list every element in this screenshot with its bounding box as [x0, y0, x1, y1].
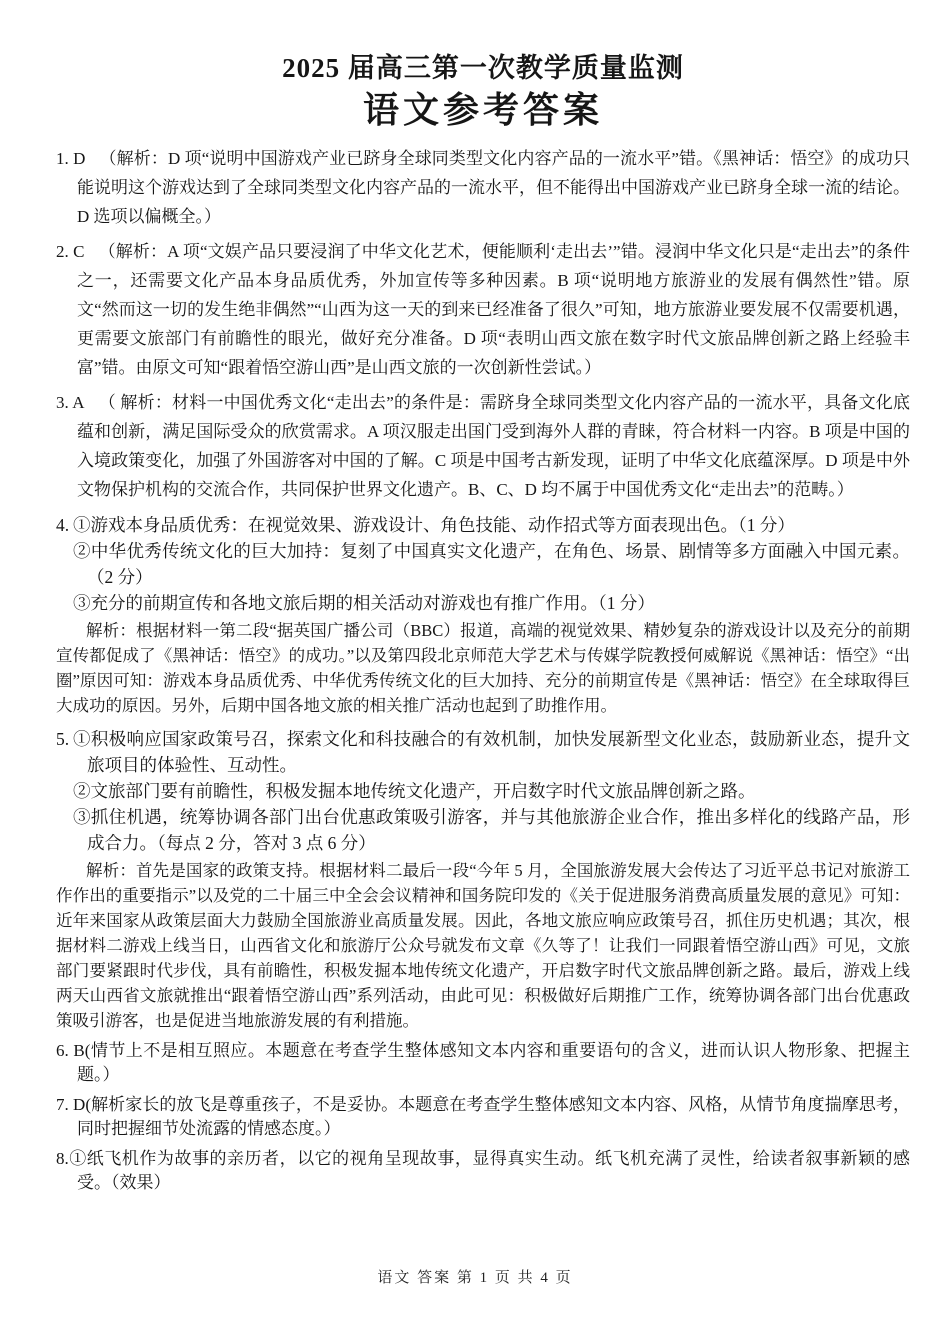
item-number: 8.: [56, 1149, 69, 1168]
answers-body: 1. D（解析：D 项“说明中国游戏产业已跻身全球同类型文化内容产品的一流水平”…: [56, 144, 910, 1195]
page-footer-text: 语文 答案 第 1 页 共 4 页: [377, 1270, 572, 1286]
item-text: (情节上不是相互照应。本题意在考查学生整体感知文本内容和重要语句的含义，进而认识…: [77, 1041, 910, 1084]
item-number: 1. D: [56, 149, 85, 168]
item-number: 5.: [56, 726, 69, 752]
answer-point: ③充分的前期宣传和各地文旅后期的相关活动对游戏也有推广作用。（1 分）: [73, 590, 910, 616]
item-analysis: 解析：首先是国家的政策支持。根据材料二最后一段“今年 5 月，全国旅游发展大会传…: [56, 858, 910, 1033]
item-points: ①游戏本身品质优秀：在视觉效果、游戏设计、角色技能、动作招式等方面表现出色。（1…: [56, 512, 910, 616]
answer-item-7: 7. D(解析家长的放飞是尊重孩子，不是妥协。本题意在考查学生整体感知文本内容、…: [56, 1093, 910, 1141]
item-analysis: 解析：根据材料一第二段“据英国广播公司（BBC）报道，高端的视觉效果、精妙复杂的…: [56, 618, 910, 718]
item-number: 6. B: [56, 1041, 85, 1060]
item-number: 3. A: [56, 393, 85, 412]
item-text: （解析：A 项“文娱产品只要浸润了中华文化艺术，便能顺利‘走出去’”错。浸润中华…: [77, 242, 910, 377]
item-points: ①积极响应国家政策号召，探索文化和科技融合的有效机制，加快发展新型文化业态，鼓励…: [56, 726, 910, 856]
answer-point: ②中华优秀传统文化的巨大加持：复刻了中国真实文化遗产，在角色、场景、剧情等多方面…: [73, 538, 910, 590]
answer-item-5: 5. ①积极响应国家政策号召，探索文化和科技融合的有效机制，加快发展新型文化业态…: [56, 726, 910, 1033]
item-number: 4.: [56, 512, 69, 538]
item-text: （ 解析：材料一中国优秀文化“走出去”的条件是：需跻身全球同类型文化内容产品的一…: [77, 393, 910, 499]
answer-point: ②文旅部门要有前瞻性，积极发掘本地传统文化遗产，开启数字时代文旅品牌创新之路。: [73, 778, 910, 804]
item-text: ①纸飞机作为故事的亲历者，以它的视角呈现故事，显得真实生动。纸飞机充满了灵性，给…: [69, 1149, 910, 1192]
answer-item-6: 6. B(情节上不是相互照应。本题意在考查学生整体感知文本内容和重要语句的含义，…: [56, 1039, 910, 1087]
answer-item-8: 8.①纸飞机作为故事的亲历者，以它的视角呈现故事，显得真实生动。纸飞机充满了灵性…: [56, 1147, 910, 1195]
item-text: (解析家长的放飞是尊重孩子，不是妥协。本题意在考查学生整体感知文本内容、风格，从…: [77, 1095, 910, 1138]
doc-title: 2025 届高三第一次教学质量监测: [56, 52, 910, 84]
answer-item-1: 1. D（解析：D 项“说明中国游戏产业已跻身全球同类型文化内容产品的一流水平”…: [56, 144, 910, 231]
answer-sheet-page: 2025 届高三第一次教学质量监测 语文参考答案 1. D（解析：D 项“说明中…: [0, 0, 950, 1344]
item-number: 7. D: [56, 1095, 85, 1114]
doc-subtitle: 语文参考答案: [56, 88, 910, 132]
item-number: 2. C: [56, 242, 84, 261]
page-header: 2025 届高三第一次教学质量监测 语文参考答案: [56, 52, 910, 132]
item-text: （解析：D 项“说明中国游戏产业已跻身全球同类型文化内容产品的一流水平”错。《黑…: [77, 149, 910, 226]
answer-item-2: 2. C（解析：A 项“文娱产品只要浸润了中华文化艺术，便能顺利‘走出去’”错。…: [56, 237, 910, 382]
page-footer: 语文 答案 第 1 页 共 4 页: [0, 1266, 950, 1287]
answer-point: ①积极响应国家政策号召，探索文化和科技融合的有效机制，加快发展新型文化业态，鼓励…: [73, 726, 910, 778]
answer-item-4: 4. ①游戏本身品质优秀：在视觉效果、游戏设计、角色技能、动作招式等方面表现出色…: [56, 512, 910, 718]
answer-point: ①游戏本身品质优秀：在视觉效果、游戏设计、角色技能、动作招式等方面表现出色。（1…: [73, 512, 910, 538]
answer-point: ③抓住机遇，统筹协调各部门出台优惠政策吸引游客，并与其他旅游企业合作，推出多样化…: [73, 804, 910, 856]
answer-item-3: 3. A（ 解析：材料一中国优秀文化“走出去”的条件是：需跻身全球同类型文化内容…: [56, 388, 910, 504]
